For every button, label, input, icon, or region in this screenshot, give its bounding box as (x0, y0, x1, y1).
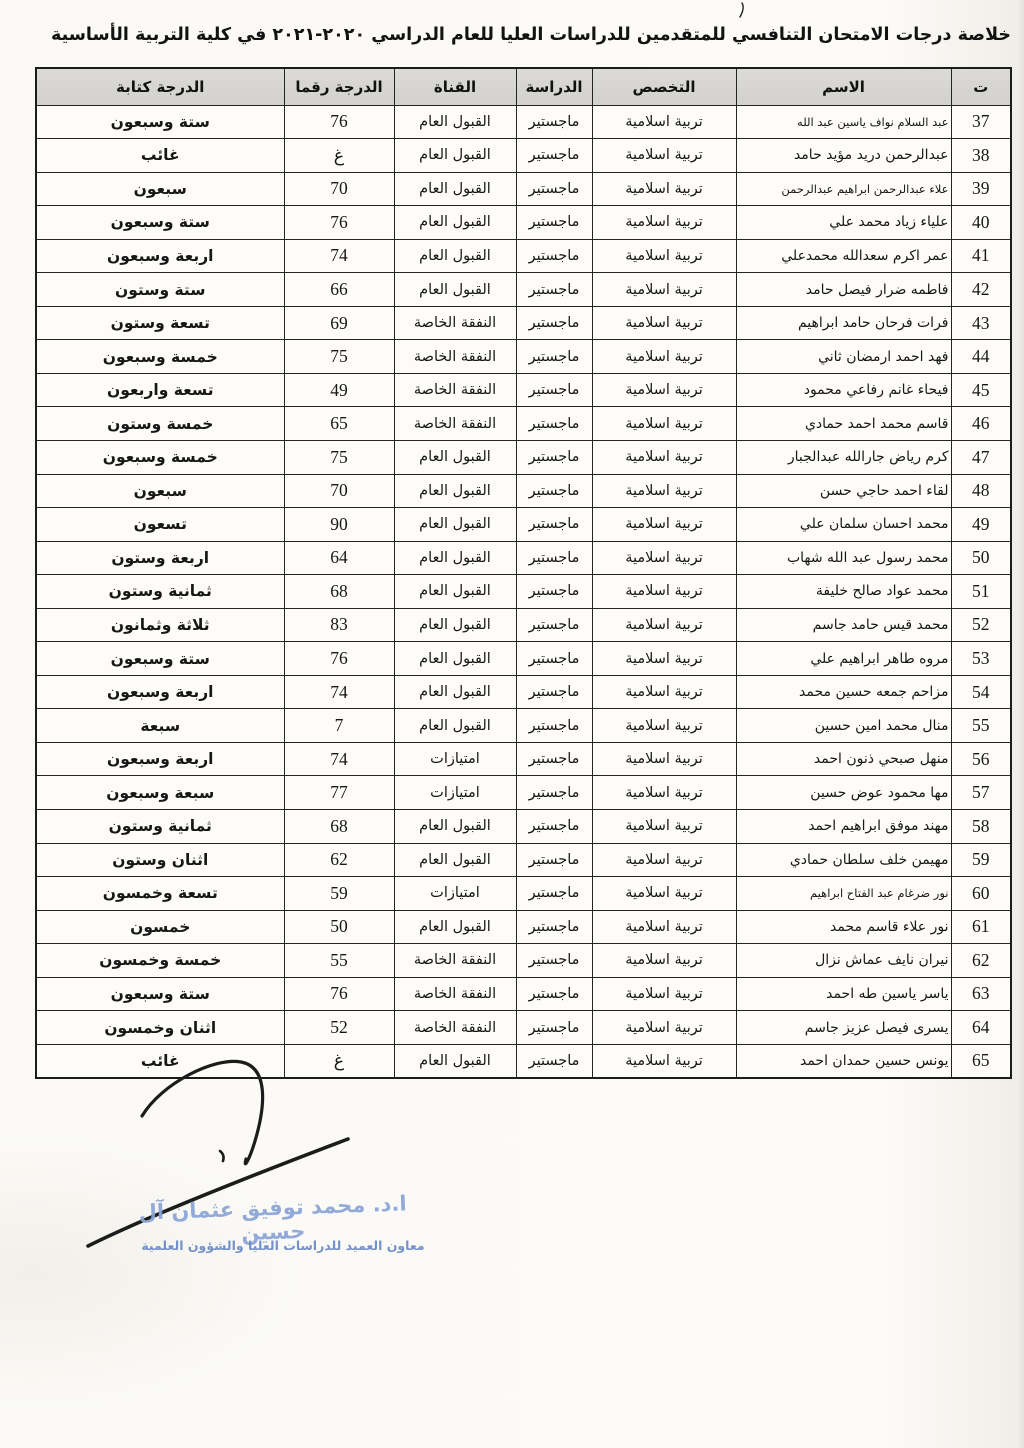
cell-channel: القبول العام (394, 508, 516, 542)
cell-grade-number: 83 (284, 608, 394, 642)
cell-grade-number: 70 (284, 172, 394, 206)
cell-name: منال محمد امين حسين (736, 709, 951, 743)
cell-row-number: 60 (951, 877, 1011, 911)
cell-specialization: تربية اسلامية (592, 944, 736, 978)
cell-specialization: تربية اسلامية (592, 139, 736, 173)
cell-channel: القبول العام (394, 675, 516, 709)
cell-study: ماجستير (516, 139, 592, 173)
cell-study: ماجستير (516, 1044, 592, 1078)
cell-row-number: 44 (951, 340, 1011, 374)
cell-name: منهل صبحي ذنون احمد (736, 742, 951, 776)
header-specialization: التخصص (592, 68, 736, 105)
cell-channel: القبول العام (394, 239, 516, 273)
cell-specialization: تربية اسلامية (592, 910, 736, 944)
cell-study: ماجستير (516, 541, 592, 575)
cell-name: مزاحم جمعه حسين محمد (736, 675, 951, 709)
cell-row-number: 41 (951, 239, 1011, 273)
cell-row-number: 42 (951, 273, 1011, 307)
cell-specialization: تربية اسلامية (592, 843, 736, 877)
cell-row-number: 50 (951, 541, 1011, 575)
cell-name: علاء عبدالرحمن ابراهيم عبدالرحمن (736, 172, 951, 206)
cell-row-number: 52 (951, 608, 1011, 642)
cell-channel: امتيازات (394, 877, 516, 911)
cell-study: ماجستير (516, 306, 592, 340)
cell-study: ماجستير (516, 877, 592, 911)
stray-pen-mark (740, 3, 743, 17)
cell-row-number: 62 (951, 944, 1011, 978)
cell-name: يسرى فيصل عزيز جاسم (736, 1011, 951, 1045)
cell-channel: القبول العام (394, 709, 516, 743)
cell-name: محمد احسان سلمان علي (736, 508, 951, 542)
cell-study: ماجستير (516, 1011, 592, 1045)
table-row: 62 نيران نايف عماش نزال تربية اسلامية ما… (36, 944, 1011, 978)
cell-study: ماجستير (516, 273, 592, 307)
cell-grade-number: 75 (284, 440, 394, 474)
cell-grade-text: تسعة واربعون (36, 373, 284, 407)
cell-study: ماجستير (516, 172, 592, 206)
cell-name: مهند موفق ابراهيم احمد (736, 809, 951, 843)
cell-name: فاطمه ضرار فيصل حامد (736, 273, 951, 307)
cell-study: ماجستير (516, 239, 592, 273)
cell-grade-number: 75 (284, 340, 394, 374)
cell-specialization: تربية اسلامية (592, 105, 736, 139)
cell-grade-number: غ (284, 139, 394, 173)
cell-specialization: تربية اسلامية (592, 877, 736, 911)
cell-grade-number: 62 (284, 843, 394, 877)
cell-row-number: 57 (951, 776, 1011, 810)
cell-row-number: 54 (951, 675, 1011, 709)
table-row: 58 مهند موفق ابراهيم احمد تربية اسلامية … (36, 809, 1011, 843)
cell-specialization: تربية اسلامية (592, 608, 736, 642)
cell-channel: القبول العام (394, 809, 516, 843)
results-table-container: ت الاسم التخصص الدراسة القناة الدرجة رقم… (35, 67, 1012, 1079)
cell-study: ماجستير (516, 440, 592, 474)
table-row: 49 محمد احسان سلمان علي تربية اسلامية ما… (36, 508, 1011, 542)
cell-row-number: 56 (951, 742, 1011, 776)
cell-channel: القبول العام (394, 172, 516, 206)
cell-channel: القبول العام (394, 139, 516, 173)
header-row: ت الاسم التخصص الدراسة القناة الدرجة رقم… (36, 68, 1011, 105)
cell-specialization: تربية اسلامية (592, 407, 736, 441)
cell-study: ماجستير (516, 508, 592, 542)
table-row: 55 منال محمد امين حسين تربية اسلامية ماج… (36, 709, 1011, 743)
cell-row-number: 45 (951, 373, 1011, 407)
cell-channel: القبول العام (394, 608, 516, 642)
cell-grade-text: ستة وسبعون (36, 206, 284, 240)
cell-row-number: 39 (951, 172, 1011, 206)
cell-row-number: 63 (951, 977, 1011, 1011)
cell-grade-text: ثلاثة وثمانون (36, 608, 284, 642)
cell-row-number: 37 (951, 105, 1011, 139)
cell-name: نور ضرغام عبد الفتاح ابراهيم (736, 877, 951, 911)
stamp-signatory-title: معاون العميد للدراسات العليا والشؤون الع… (138, 1238, 428, 1253)
table-body: 37 عبد السلام نواف ياسين عبد الله تربية … (36, 105, 1011, 1078)
cell-channel: النفقة الخاصة (394, 977, 516, 1011)
cell-grade-text: ثمانية وستون (36, 809, 284, 843)
cell-grade-text: خمسون (36, 910, 284, 944)
cell-channel: القبول العام (394, 843, 516, 877)
header-grade-text: الدرجة كتابة (36, 68, 284, 105)
cell-specialization: تربية اسلامية (592, 440, 736, 474)
cell-grade-number: 76 (284, 105, 394, 139)
cell-name: عبدالرحمن دريد مؤيد حامد (736, 139, 951, 173)
cell-name: يونس حسين حمدان احمد (736, 1044, 951, 1078)
cell-grade-text: ثمانية وستون (36, 575, 284, 609)
cell-grade-number: 52 (284, 1011, 394, 1045)
signature-dot-mark (220, 1151, 224, 1161)
cell-grade-number: 55 (284, 944, 394, 978)
cell-study: ماجستير (516, 675, 592, 709)
cell-grade-number: 66 (284, 273, 394, 307)
cell-study: ماجستير (516, 709, 592, 743)
header-name: الاسم (736, 68, 951, 105)
cell-study: ماجستير (516, 608, 592, 642)
cell-specialization: تربية اسلامية (592, 776, 736, 810)
cell-study: ماجستير (516, 843, 592, 877)
cell-channel: النفقة الخاصة (394, 306, 516, 340)
cell-name: فهد احمد ارمضان ثاني (736, 340, 951, 374)
table-row: 46 قاسم محمد احمد حمادي تربية اسلامية ما… (36, 407, 1011, 441)
results-table: ت الاسم التخصص الدراسة القناة الدرجة رقم… (35, 67, 1012, 1079)
cell-row-number: 59 (951, 843, 1011, 877)
cell-specialization: تربية اسلامية (592, 273, 736, 307)
scanned-document-page: خلاصة درجات الامتحان التنافسي للمتقدمين … (0, 0, 1024, 1448)
table-row: 63 ياسر ياسين طه احمد تربية اسلامية ماجس… (36, 977, 1011, 1011)
cell-name: نور علاء قاسم محمد (736, 910, 951, 944)
cell-grade-number: 50 (284, 910, 394, 944)
cell-row-number: 47 (951, 440, 1011, 474)
table-row: 51 محمد عواد صالح خليفة تربية اسلامية ما… (36, 575, 1011, 609)
cell-grade-text: اربعة وستون (36, 541, 284, 575)
cell-grade-number: 74 (284, 675, 394, 709)
cell-grade-number: 68 (284, 575, 394, 609)
table-row: 39 علاء عبدالرحمن ابراهيم عبدالرحمن تربي… (36, 172, 1011, 206)
cell-grade-text: خمسة وسبعون (36, 340, 284, 374)
cell-specialization: تربية اسلامية (592, 508, 736, 542)
cell-channel: القبول العام (394, 541, 516, 575)
cell-specialization: تربية اسلامية (592, 1044, 736, 1078)
cell-channel: القبول العام (394, 1044, 516, 1078)
cell-channel: القبول العام (394, 206, 516, 240)
cell-channel: امتيازات (394, 742, 516, 776)
cell-grade-text: تسعون (36, 508, 284, 542)
cell-specialization: تربية اسلامية (592, 340, 736, 374)
cell-grade-number: 90 (284, 508, 394, 542)
cell-row-number: 38 (951, 139, 1011, 173)
table-row: 59 مهيمن خلف سلطان حمادي تربية اسلامية م… (36, 843, 1011, 877)
cell-study: ماجستير (516, 944, 592, 978)
cell-grade-number: 65 (284, 407, 394, 441)
cell-row-number: 55 (951, 709, 1011, 743)
cell-study: ماجستير (516, 105, 592, 139)
table-row: 44 فهد احمد ارمضان ثاني تربية اسلامية ما… (36, 340, 1011, 374)
cell-study: ماجستير (516, 206, 592, 240)
cell-grade-text: سبعة (36, 709, 284, 743)
table-row: 37 عبد السلام نواف ياسين عبد الله تربية … (36, 105, 1011, 139)
cell-study: ماجستير (516, 407, 592, 441)
cell-specialization: تربية اسلامية (592, 474, 736, 508)
table-row: 52 محمد قيس حامد جاسم تربية اسلامية ماجس… (36, 608, 1011, 642)
cell-grade-number: 77 (284, 776, 394, 810)
cell-study: ماجستير (516, 910, 592, 944)
cell-grade-text: خمسة وخمسون (36, 944, 284, 978)
cell-row-number: 53 (951, 642, 1011, 676)
cell-grade-text: غائب (36, 139, 284, 173)
cell-study: ماجستير (516, 373, 592, 407)
cell-row-number: 65 (951, 1044, 1011, 1078)
cell-grade-text: اثنان وستون (36, 843, 284, 877)
cell-specialization: تربية اسلامية (592, 642, 736, 676)
cell-specialization: تربية اسلامية (592, 239, 736, 273)
cell-specialization: تربية اسلامية (592, 575, 736, 609)
cell-study: ماجستير (516, 776, 592, 810)
cell-study: ماجستير (516, 575, 592, 609)
header-study: الدراسة (516, 68, 592, 105)
cell-grade-text: تسعة وخمسون (36, 877, 284, 911)
cell-grade-text: خمسة وستون (36, 407, 284, 441)
cell-specialization: تربية اسلامية (592, 172, 736, 206)
cell-grade-number: 64 (284, 541, 394, 575)
cell-channel: النفقة الخاصة (394, 1011, 516, 1045)
cell-channel: القبول العام (394, 474, 516, 508)
cell-study: ماجستير (516, 642, 592, 676)
cell-grade-text: سبعة وسبعون (36, 776, 284, 810)
cell-name: محمد عواد صالح خليفة (736, 575, 951, 609)
cell-row-number: 61 (951, 910, 1011, 944)
cell-channel: القبول العام (394, 105, 516, 139)
cell-grade-number: غ (284, 1044, 394, 1078)
table-row: 53 مروه طاهر ابراهيم علي تربية اسلامية م… (36, 642, 1011, 676)
cell-specialization: تربية اسلامية (592, 977, 736, 1011)
header-no: ت (951, 68, 1011, 105)
table-row: 65 يونس حسين حمدان احمد تربية اسلامية ما… (36, 1044, 1011, 1078)
cell-study: ماجستير (516, 742, 592, 776)
cell-channel: القبول العام (394, 273, 516, 307)
cell-grade-number: 59 (284, 877, 394, 911)
cell-grade-text: خمسة وسبعون (36, 440, 284, 474)
cell-grade-text: ستة وستون (36, 273, 284, 307)
cell-grade-text: سبعون (36, 172, 284, 206)
cell-name: فيحاء غانم رفاعي محمود (736, 373, 951, 407)
cell-grade-number: 49 (284, 373, 394, 407)
page-title: خلاصة درجات الامتحان التنافسي للمتقدمين … (14, 25, 1011, 45)
cell-grade-text: ستة وسبعون (36, 977, 284, 1011)
cell-row-number: 49 (951, 508, 1011, 542)
table-row: 47 كرم رياض جارالله عبدالجبار تربية اسلا… (36, 440, 1011, 474)
cell-name: قاسم محمد احمد حمادي (736, 407, 951, 441)
cell-grade-text: تسعة وستون (36, 306, 284, 340)
cell-channel: النفقة الخاصة (394, 373, 516, 407)
cell-specialization: تربية اسلامية (592, 373, 736, 407)
cell-name: عمر اكرم سعدالله محمدعلي (736, 239, 951, 273)
table-row: 57 مها محمود عوض حسين تربية اسلامية ماجس… (36, 776, 1011, 810)
header-grade-number: الدرجة رقما (284, 68, 394, 105)
cell-name: عبد السلام نواف ياسين عبد الله (736, 105, 951, 139)
cell-specialization: تربية اسلامية (592, 742, 736, 776)
cell-specialization: تربية اسلامية (592, 206, 736, 240)
cell-grade-number: 69 (284, 306, 394, 340)
cell-name: لقاء احمد حاجي حسن (736, 474, 951, 508)
cell-name: فرات فرحان حامد ابراهيم (736, 306, 951, 340)
table-row: 60 نور ضرغام عبد الفتاح ابراهيم تربية اس… (36, 877, 1011, 911)
table-row: 45 فيحاء غانم رفاعي محمود تربية اسلامية … (36, 373, 1011, 407)
cell-grade-number: 68 (284, 809, 394, 843)
cell-specialization: تربية اسلامية (592, 809, 736, 843)
cell-specialization: تربية اسلامية (592, 1011, 736, 1045)
cell-row-number: 58 (951, 809, 1011, 843)
cell-grade-text: اربعة وسبعون (36, 742, 284, 776)
cell-row-number: 40 (951, 206, 1011, 240)
cell-specialization: تربية اسلامية (592, 709, 736, 743)
cell-name: نيران نايف عماش نزال (736, 944, 951, 978)
cell-channel: النفقة الخاصة (394, 407, 516, 441)
table-row: 48 لقاء احمد حاجي حسن تربية اسلامية ماجس… (36, 474, 1011, 508)
cell-study: ماجستير (516, 977, 592, 1011)
cell-channel: القبول العام (394, 642, 516, 676)
cell-name: مهيمن خلف سلطان حمادي (736, 843, 951, 877)
cell-study: ماجستير (516, 474, 592, 508)
cell-grade-number: 74 (284, 239, 394, 273)
cell-grade-number: 76 (284, 642, 394, 676)
cell-name: محمد رسول عبد الله شهاب (736, 541, 951, 575)
cell-row-number: 64 (951, 1011, 1011, 1045)
cell-name: علياء زياد محمد علي (736, 206, 951, 240)
cell-specialization: تربية اسلامية (592, 541, 736, 575)
table-row: 38 عبدالرحمن دريد مؤيد حامد تربية اسلامي… (36, 139, 1011, 173)
cell-specialization: تربية اسلامية (592, 306, 736, 340)
cell-name: مروه طاهر ابراهيم علي (736, 642, 951, 676)
cell-row-number: 48 (951, 474, 1011, 508)
table-row: 43 فرات فرحان حامد ابراهيم تربية اسلامية… (36, 306, 1011, 340)
cell-study: ماجستير (516, 809, 592, 843)
table-row: 50 محمد رسول عبد الله شهاب تربية اسلامية… (36, 541, 1011, 575)
table-row: 61 نور علاء قاسم محمد تربية اسلامية ماجس… (36, 910, 1011, 944)
table-row: 42 فاطمه ضرار فيصل حامد تربية اسلامية ما… (36, 273, 1011, 307)
cell-grade-number: 7 (284, 709, 394, 743)
cell-grade-text: غائب (36, 1044, 284, 1078)
cell-channel: القبول العام (394, 910, 516, 944)
cell-grade-text: اثنان وخمسون (36, 1011, 284, 1045)
cell-row-number: 51 (951, 575, 1011, 609)
cell-specialization: تربية اسلامية (592, 675, 736, 709)
table-row: 40 علياء زياد محمد علي تربية اسلامية ماج… (36, 206, 1011, 240)
cell-grade-text: سبعون (36, 474, 284, 508)
cell-name: مها محمود عوض حسين (736, 776, 951, 810)
cell-channel: النفقة الخاصة (394, 944, 516, 978)
cell-grade-text: ستة وسبعون (36, 642, 284, 676)
table-row: 41 عمر اكرم سعدالله محمدعلي تربية اسلامي… (36, 239, 1011, 273)
cell-grade-text: اربعة وسبعون (36, 675, 284, 709)
cell-channel: القبول العام (394, 575, 516, 609)
cell-name: ياسر ياسين طه احمد (736, 977, 951, 1011)
header-channel: القناة (394, 68, 516, 105)
cell-grade-text: ستة وسبعون (36, 105, 284, 139)
cell-channel: القبول العام (394, 440, 516, 474)
cell-row-number: 43 (951, 306, 1011, 340)
cell-grade-number: 74 (284, 742, 394, 776)
table-row: 64 يسرى فيصل عزيز جاسم تربية اسلامية ماج… (36, 1011, 1011, 1045)
cell-name: كرم رياض جارالله عبدالجبار (736, 440, 951, 474)
cell-channel: النفقة الخاصة (394, 340, 516, 374)
cell-study: ماجستير (516, 340, 592, 374)
cell-name: محمد قيس حامد جاسم (736, 608, 951, 642)
cell-grade-text: اربعة وسبعون (36, 239, 284, 273)
table-row: 54 مزاحم جمعه حسين محمد تربية اسلامية ما… (36, 675, 1011, 709)
cell-grade-number: 76 (284, 206, 394, 240)
cell-channel: امتيازات (394, 776, 516, 810)
cell-grade-number: 76 (284, 977, 394, 1011)
table-row: 56 منهل صبحي ذنون احمد تربية اسلامية ماج… (36, 742, 1011, 776)
cell-row-number: 46 (951, 407, 1011, 441)
cell-grade-number: 70 (284, 474, 394, 508)
